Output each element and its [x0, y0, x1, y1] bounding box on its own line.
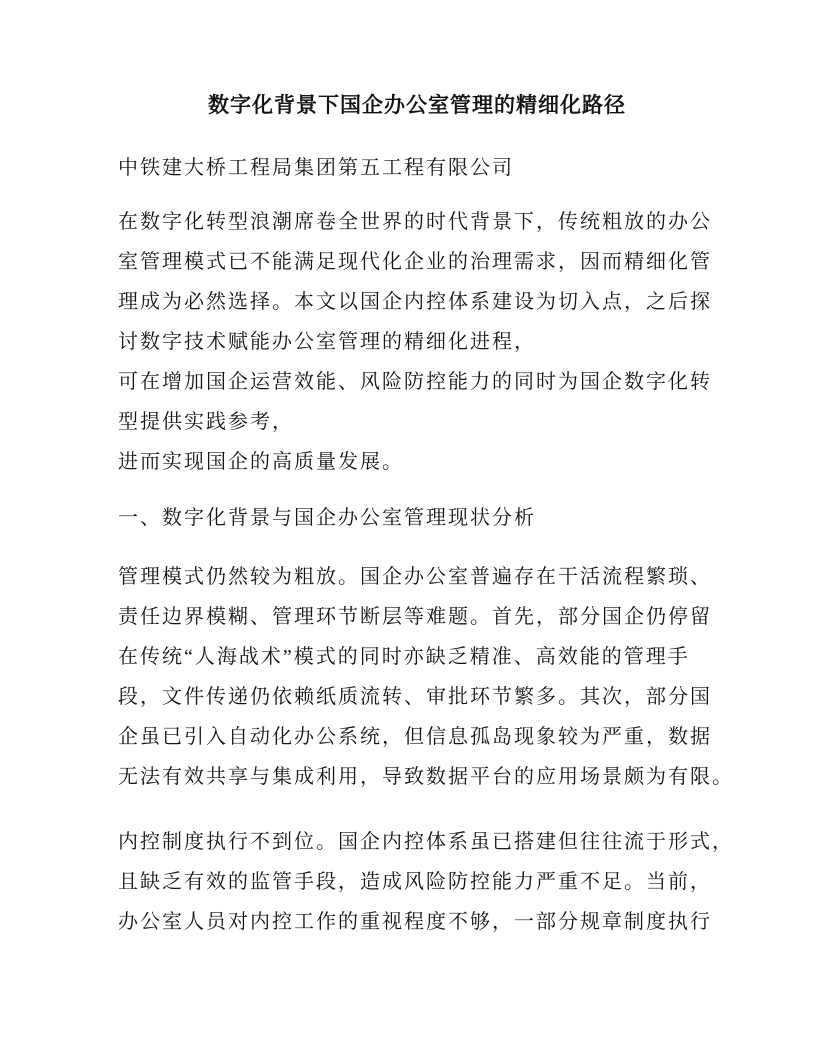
- document-page: 数字化背景下国企办公室管理的精细化路径 中铁建大桥工程局集团第五工程有限公司 在…: [0, 0, 816, 1056]
- paragraph-line: 管理模式仍然较为粗放。国企办公室普遍存在干活流程繁琐、: [118, 557, 716, 597]
- paragraph-line: 且缺乏有效的监管手段，造成风险防控能力严重不足。当前，: [118, 862, 716, 902]
- paragraph-line: 责任边界模糊、管理环节断层等难题。首先，部分国企仍停留: [118, 597, 716, 637]
- paragraph-line: 办公室人员对内控工作的重视程度不够，一部分规章制度执行: [118, 902, 716, 942]
- paragraph-line: 理成为必然选择。本文以国企内控体系建设为切入点，之后探: [118, 282, 716, 322]
- paragraph-line: 可在增加国企运营效能、风险防控能力的同时为国企数字化转: [118, 362, 716, 402]
- paragraph-intro: 在数字化转型浪潮席卷全世界的时代背景下，传统粗放的办公 室管理模式已不能满足现代…: [118, 202, 716, 482]
- paragraph-current-state: 管理模式仍然较为粗放。国企办公室普遍存在干活流程繁琐、 责任边界模糊、管理环节断…: [118, 557, 716, 797]
- paragraph-line: 内控制度执行不到位。国企内控体系虽已搭建但往往流于形式，: [118, 822, 716, 862]
- paragraph-line: 室管理模式已不能满足现代化企业的治理需求，因而精细化管: [118, 242, 716, 282]
- paragraph-line: 企虽已引入自动化办公系统，但信息孤岛现象较为严重，数据: [118, 717, 716, 757]
- author-line: 中铁建大桥工程局集团第五工程有限公司: [118, 148, 716, 188]
- document-title: 数字化背景下国企办公室管理的精细化路径: [118, 85, 716, 125]
- paragraph-line: 进而实现国企的高质量发展。: [118, 442, 716, 482]
- paragraph-line: 讨数字技术赋能办公室管理的精细化进程，: [118, 322, 716, 362]
- paragraph-line: 在传统“人海战术”模式的同时亦缺乏精准、高效能的管理手: [118, 637, 716, 677]
- paragraph-line: 型提供实践参考，: [118, 402, 716, 442]
- paragraph-line: 段，文件传递仍依赖纸质流转、审批环节繁多。其次，部分国: [118, 677, 716, 717]
- paragraph-line: 无法有效共享与集成利用，导致数据平台的应用场景颇为有限。: [118, 757, 716, 797]
- section-heading-1: 一、数字化背景与国企办公室管理现状分析: [118, 498, 716, 538]
- paragraph-internal-control: 内控制度执行不到位。国企内控体系虽已搭建但往往流于形式， 且缺乏有效的监管手段，…: [118, 822, 716, 942]
- paragraph-line: 在数字化转型浪潮席卷全世界的时代背景下，传统粗放的办公: [118, 202, 716, 242]
